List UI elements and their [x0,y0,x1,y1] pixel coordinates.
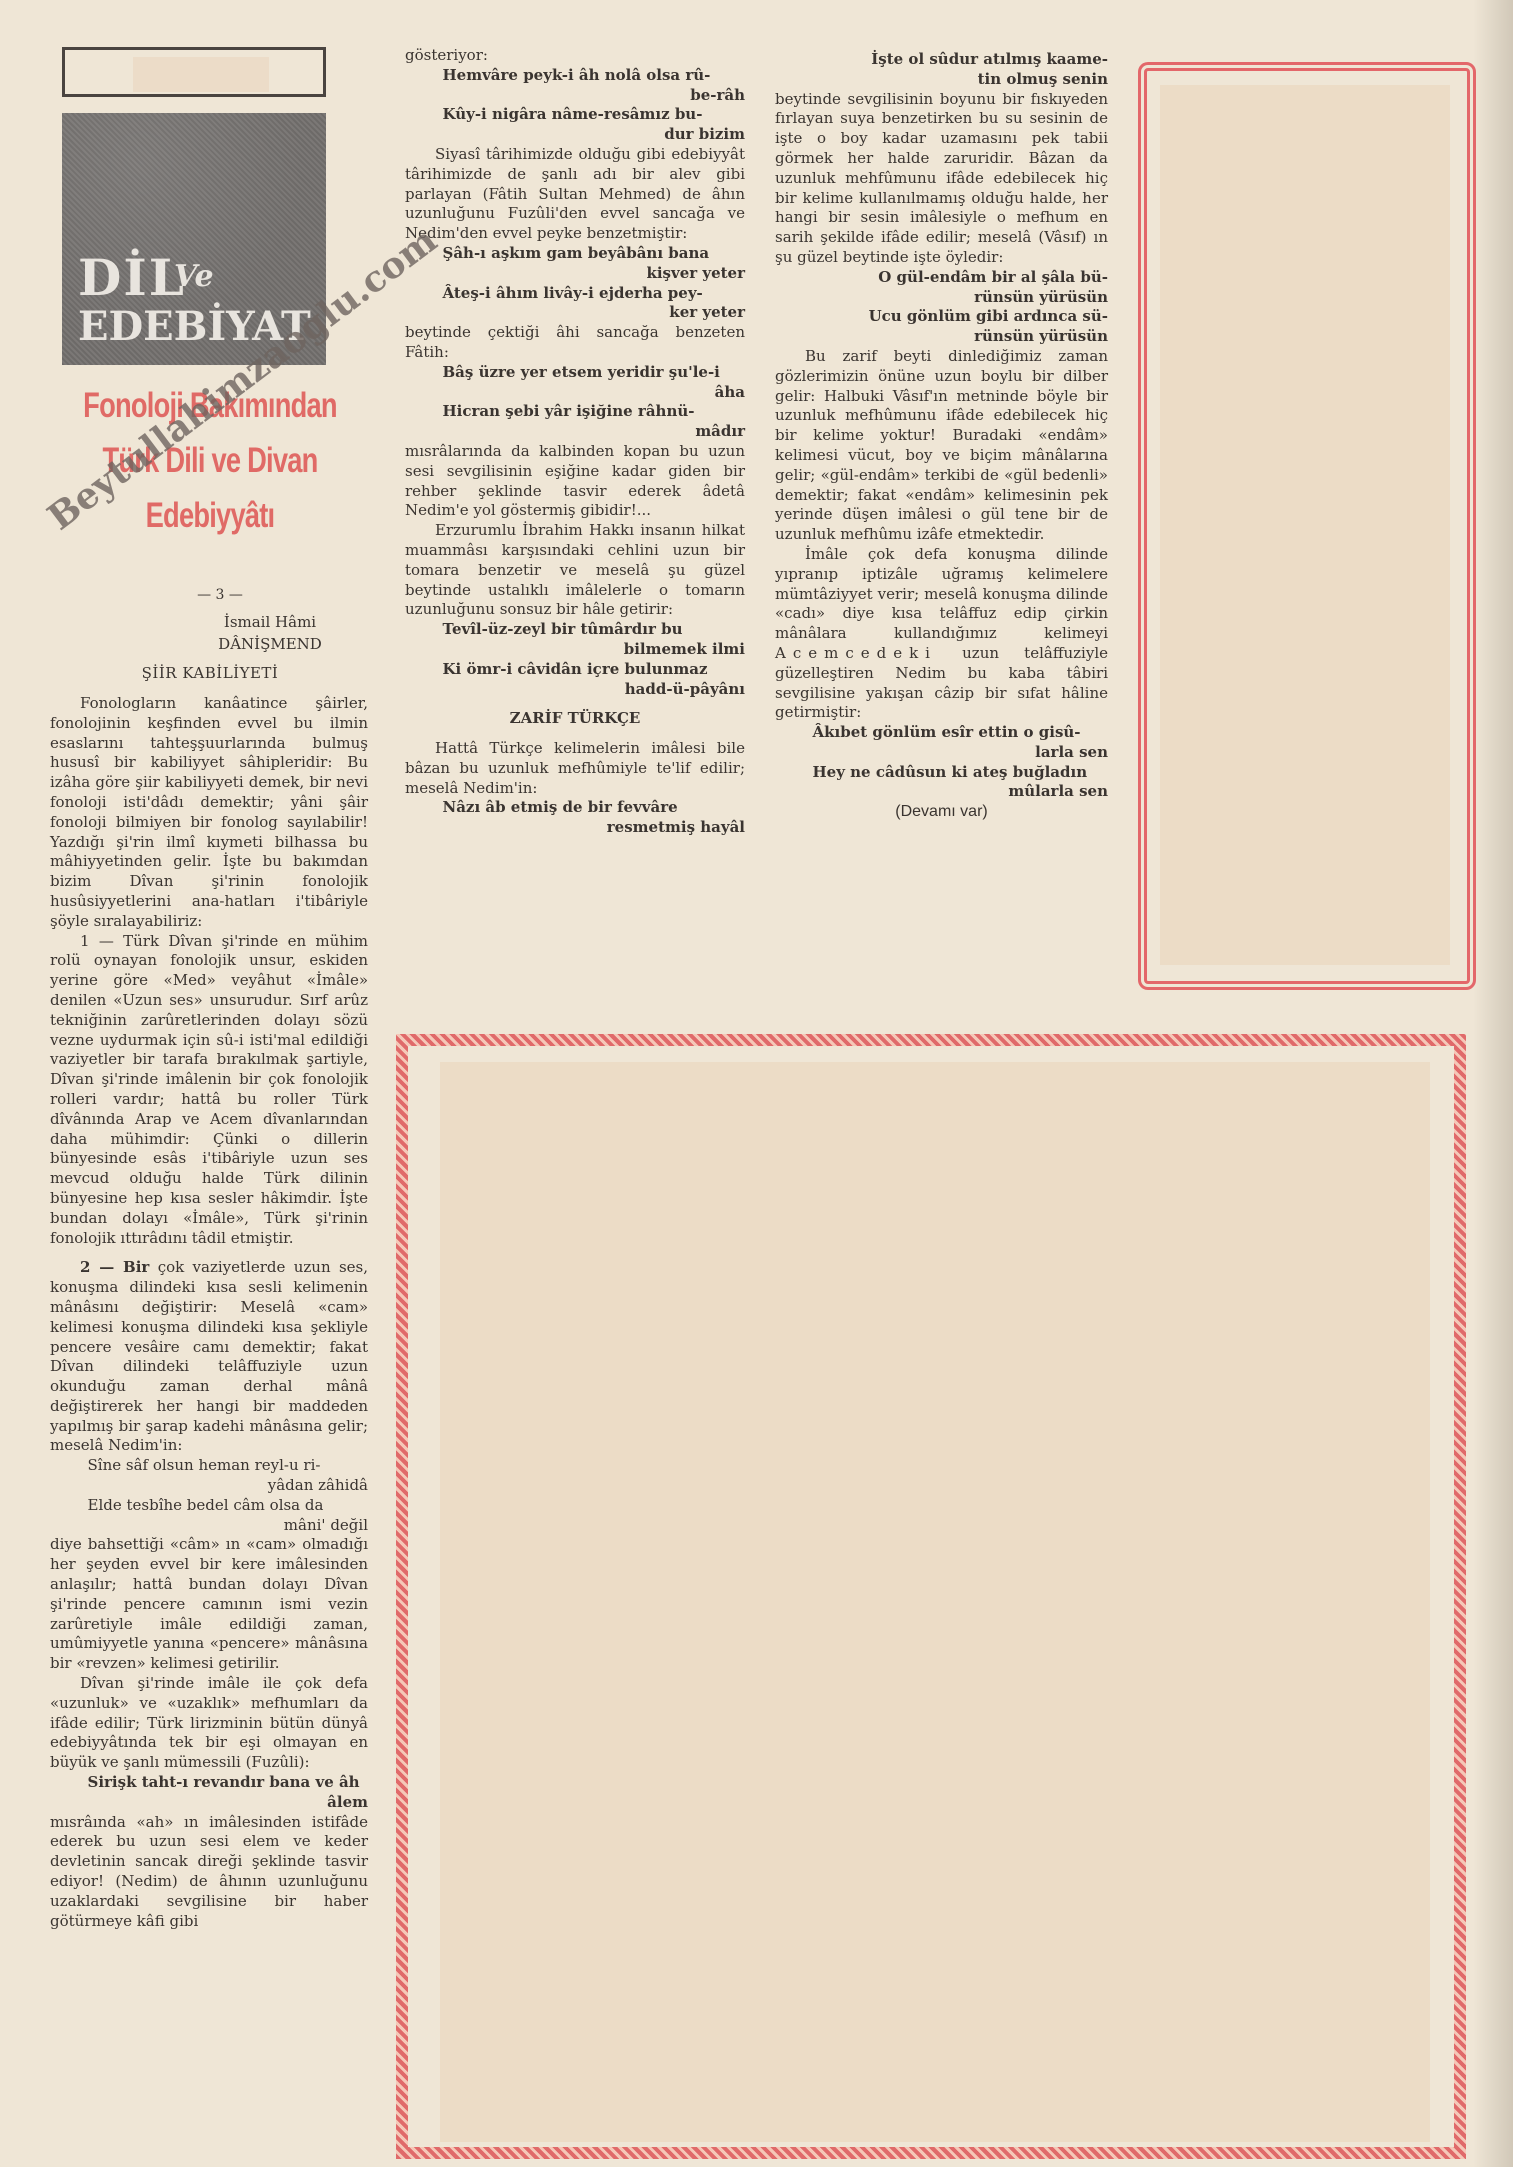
verse-line: Bâş üzre yer etsem yeridir şu'le-i [443,363,746,383]
verse-line: Kûy-i nigâra nâme-resâmız bu- [443,105,746,125]
title-line: Türk Dili ve Divan [77,433,342,488]
section-heading: ŞİİR KABİLİYETİ [60,664,360,682]
verse-line: Sîne sâf olsun heman reyl-u ri- [88,1456,369,1476]
title-line: Fonoloji Bakımından [77,378,342,433]
subheading: ZARİF TÜRKÇE [405,709,745,729]
verse-line: hadd-ü-pâyânı [443,680,746,700]
verse: İşte ol sûdur atılmış kaame- tin olmuş s… [813,50,1109,90]
logo-ve: Ve [174,259,214,294]
verse-line: ker yeter [443,303,746,323]
page-edge-shadow [1473,0,1513,2167]
header-box [62,47,326,97]
verse: Bâş üzre yer etsem yeridir şu'le-i âha H… [443,363,746,442]
verse-line: resmetmiş hayâl [443,818,746,838]
paragraph: beytinde sevgilisinin boyunu bir fıskıye… [775,90,1108,268]
verse-line: Hicran şebi yâr işiğine râhnü- [443,402,746,422]
verse: Âkıbet gönlüm esîr ettin o gisû- larla s… [813,723,1109,802]
paragraph: Dîvan şi'rinde imâle ile çok defa «uzunl… [50,1674,368,1773]
title-line: Edebiyyâtı [77,488,342,543]
verse-line: Hey ne câdûsun ki ateş buğladın [813,763,1109,783]
spaced-word: Acemcedeki [775,644,937,662]
verse-line: Elde tesbîhe bedel câm olsa da [88,1496,369,1516]
verse: Hemvâre peyk-i âh nolâ olsa rû- be-râh K… [443,66,746,145]
author-last-name: DÂNİŞMEND [170,633,370,655]
paragraph: 1 — Türk Dîvan şi'rinde en mühim rolü oy… [50,932,368,1249]
author: İsmail Hâmi DÂNİŞMEND [170,611,370,655]
paragraph: mısrâlarında da kalbinden kopan bu uzun … [405,442,745,521]
paragraph: beytinde çektiği âhi sancağa benzeten Fâ… [405,323,745,363]
redacted-box [1160,85,1450,965]
logo-dil: DİL [78,253,186,303]
verse-line: âlem [88,1793,369,1813]
verse-line: Nâzı âb etmiş de bir fevvâre [443,798,746,818]
article-title: Fonoloji Bakımından Türk Dili ve Divan E… [77,378,342,543]
paragraph: Hattâ Türkçe kelimelerin imâlesi bile bâ… [405,739,745,798]
column-2: gösteriyor: Hemvâre peyk-i âh nolâ olsa … [405,46,745,838]
verse: Şâh-ı aşkım gam beyâbânı bana kişver yet… [443,244,746,323]
verse-line: Tevîl-üz-zeyl bir tûmârdır bu [443,620,746,640]
verse-line: âha [443,383,746,403]
redacted-box [440,1062,1430,2142]
verse: Sirişk taht-ı revandır bana ve âh âlem [88,1773,369,1813]
part-number: — 3 — [160,587,280,603]
verse-line: rünsün yürüsün [835,327,1108,347]
verse: Nâzı âb etmiş de bir fevvâre resmetmiş h… [443,798,746,838]
verse-line: Hemvâre peyk-i âh nolâ olsa rû- [443,66,746,86]
verse-line: Âteş-i âhım livây-i ejderha pey- [443,284,746,304]
paragraph: Bu zarif beyti dinlediğimiz zaman gözler… [775,347,1108,545]
verse-line: larla sen [813,743,1109,763]
verse-line: Şâh-ı aşkım gam beyâbânı bana [443,244,746,264]
paragraph: İmâle çok defa konuşma dilinde yıpranıp … [775,545,1108,723]
paragraph: Fonologların kanâatince şâirler, fonoloj… [50,694,368,932]
verse-line: dur bizim [443,125,746,145]
list-number: 2 — Bir [80,1258,149,1276]
verse-line: mûlarla sen [813,782,1109,802]
paragraph: Erzurumlu İbrahim Hakkı insanın hilkat m… [405,521,745,620]
section-logo: DİL Ve EDEBİYAT [62,113,326,365]
redacted-region [133,57,269,92]
verse: O gül-endâm bir al şâla bü- rünsün yürüs… [835,268,1108,347]
paragraph: Siyasî târihimizde olduğu gibi edebiyyât… [405,145,745,244]
column-3: İşte ol sûdur atılmış kaame- tin olmuş s… [775,50,1108,822]
verse-line: İşte ol sûdur atılmış kaame- [813,50,1109,70]
verse-line: yâdan zâhidâ [88,1476,369,1496]
paragraph: 2 — Bir çok vaziyetlerde uzun ses, konuş… [50,1258,368,1456]
verse-line: kişver yeter [443,264,746,284]
paragraph-text: çok vaziyetlerde uzun ses, konuşma dilin… [50,1258,368,1454]
verse: Tevîl-üz-zeyl bir tûmârdır bu bilmemek i… [443,620,746,699]
verse-line: mâni' değil [88,1516,369,1536]
verse-line: bilmemek ilmi [443,640,746,660]
column-1: Fonologların kanâatince şâirler, fonoloj… [50,694,368,1931]
verse-line: Sirişk taht-ı revandır bana ve âh [88,1773,369,1793]
verse-line: tin olmuş senin [813,70,1109,90]
paragraph: gösteriyor: [405,46,745,66]
paragraph: mısrâında «ah» ın imâlesinden istifâde e… [50,1813,368,1932]
continued-note: (Devamı var) [775,802,1108,822]
verse-line: O gül-endâm bir al şâla bü- [835,268,1108,288]
paragraph-text: İmâle çok defa konuşma dilinde yıpranıp … [775,545,1108,642]
verse-line: rünsün yürüsün [835,288,1108,308]
author-first-name: İsmail Hâmi [170,611,370,633]
verse-line: mâdır [443,422,746,442]
verse-line: Ucu gönlüm gibi ardınca sü- [835,307,1108,327]
paragraph: diye bahsettiği «câm» ın «cam» olmadığı … [50,1535,368,1674]
verse-line: Âkıbet gönlüm esîr ettin o gisû- [813,723,1109,743]
verse-line: Ki ömr-i câvidân içre bulunmaz [443,660,746,680]
verse-line: be-râh [443,86,746,106]
verse: Sîne sâf olsun heman reyl-u ri- yâdan zâ… [88,1456,369,1535]
logo-edebiyat: EDEBİYAT [78,307,311,347]
